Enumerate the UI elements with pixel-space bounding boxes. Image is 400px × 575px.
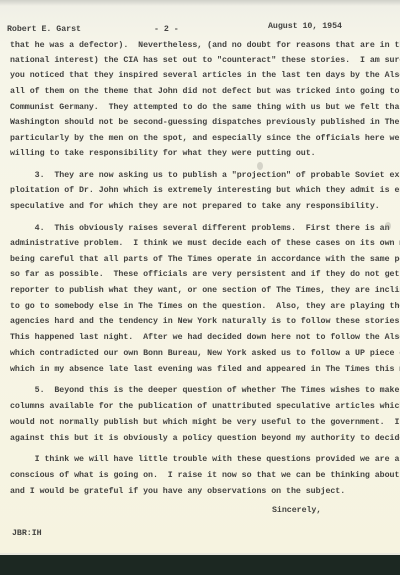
page-top-shadow <box>0 0 400 6</box>
body-line: 4. This obviously raises several differe… <box>10 224 390 234</box>
body-line: that he was a defector). Nevertheless, (… <box>10 41 400 51</box>
body-line: all of them on the theme that John did n… <box>10 87 399 97</box>
body-line: Communist Germany. They attempted to do … <box>10 103 400 113</box>
body-line: which in my absence late last evening wa… <box>10 365 400 375</box>
body-line: reporter to publish what they want, or o… <box>10 286 400 296</box>
body-line: national interest) the CIA has set out t… <box>10 56 400 66</box>
body-line: I think we will have little trouble with… <box>10 455 400 465</box>
body-line: which contradicted our own Bonn Bureau, … <box>10 349 400 359</box>
body-line: you noticed that they inspired several a… <box>10 71 400 81</box>
body-line: being careful that all parts of The Time… <box>10 255 400 265</box>
body-line: columns available for the publication of… <box>10 402 400 412</box>
scan-background <box>0 555 400 575</box>
letter-date: August 10, 1954 <box>268 22 342 32</box>
body-line: so far as possible. These officials are … <box>10 270 400 280</box>
page-number: - 2 - <box>154 25 179 35</box>
recipient-name: Robert E. Garst <box>7 25 81 35</box>
closing-salutation: Sincerely, <box>272 506 321 516</box>
body-line: conscious of what is going on. I raise i… <box>10 471 400 481</box>
body-line: This happened last night. After we had d… <box>10 333 400 343</box>
body-line: agencies hard and the tendency in New Yo… <box>10 317 400 327</box>
body-line: against this but it is obviously a polic… <box>10 434 400 444</box>
body-line: 3. They are now asking us to publish a "… <box>10 171 400 181</box>
typist-initials: JBR:IH <box>12 529 42 539</box>
body-line: to go to somebody else in The Times on t… <box>10 302 400 312</box>
ink-smudge <box>257 162 263 170</box>
body-line: and I would be grateful if you have any … <box>10 487 345 497</box>
body-line: Washington should not be second-guessing… <box>10 118 400 128</box>
body-line: 5. Beyond this is the deeper question of… <box>10 386 400 396</box>
body-line: ploitation of Dr. John which is extremel… <box>10 186 400 196</box>
body-line: willing to take responsibility for what … <box>10 149 316 159</box>
body-line: administrative problem. I think we must … <box>10 239 400 249</box>
body-line: would not normally publish but which mig… <box>10 418 400 428</box>
body-line: particularly by the men on the spot, and… <box>10 134 400 144</box>
body-line: speculative and for which they are not p… <box>10 202 380 212</box>
letter-page: Robert E. Garst - 2 - August 10, 1954 th… <box>0 0 400 555</box>
paper-mark <box>385 222 391 230</box>
